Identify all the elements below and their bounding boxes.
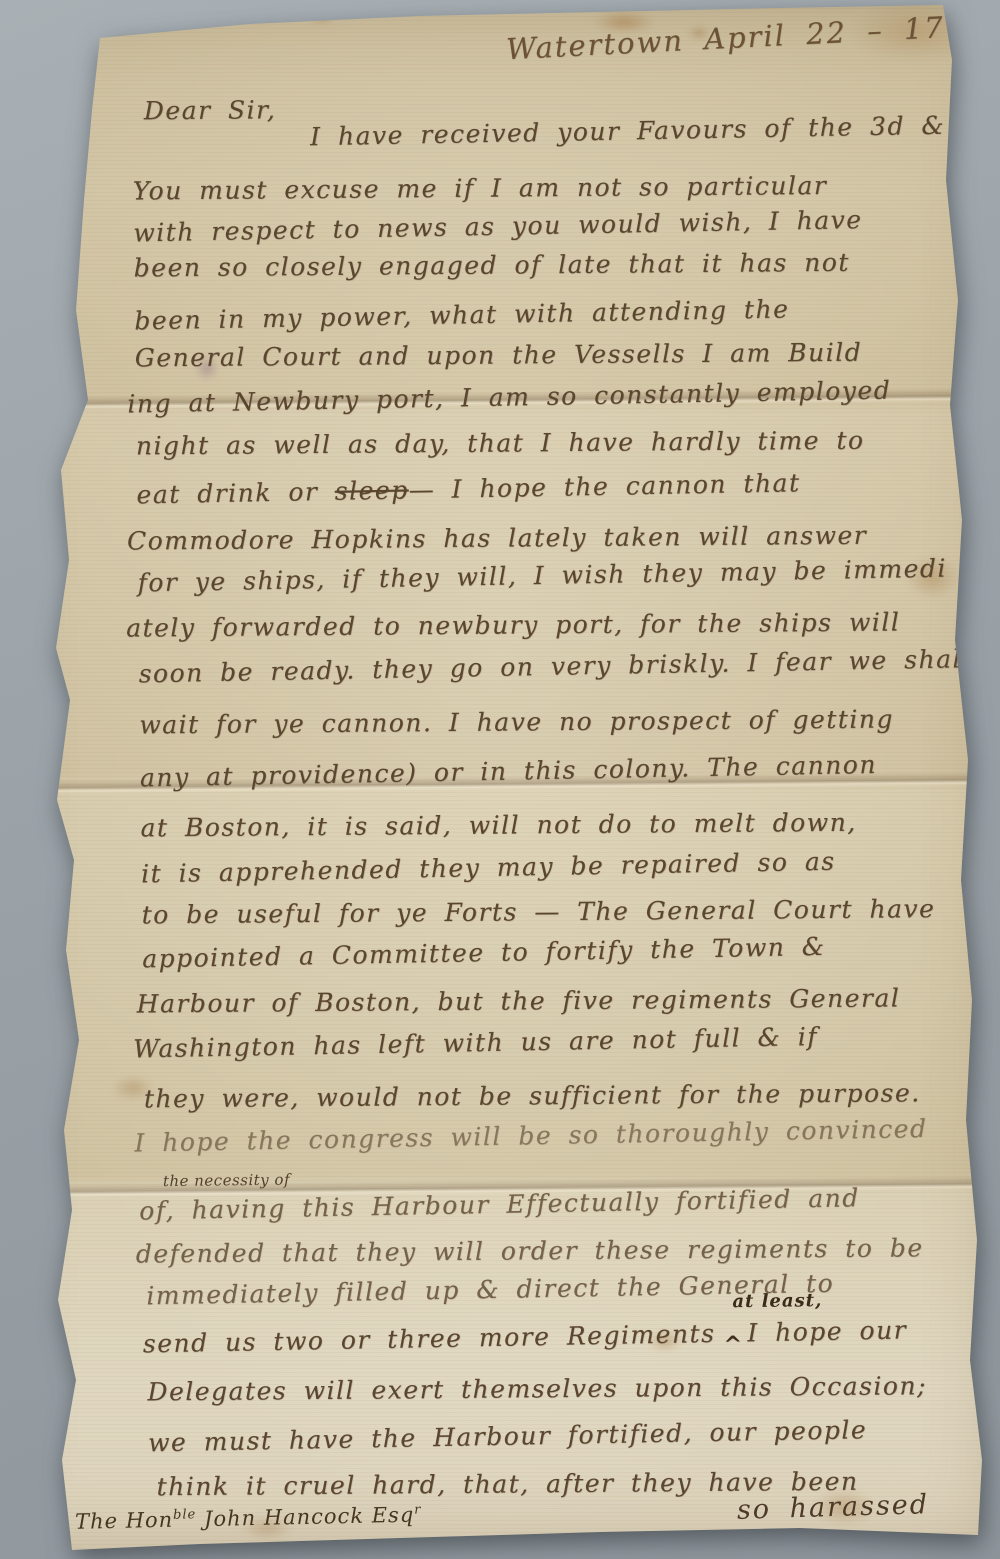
struck-line-pre: eat drink or <box>136 477 335 510</box>
handwriting-layer: Watertown April 22 – 1776 Dear Sir, I ha… <box>0 0 1000 1559</box>
letter-line-with-caret: send us two or three more Regiments^I ho… <box>143 1317 908 1366</box>
letter-line: ing at Newbury port, I am so constantly … <box>127 378 891 417</box>
letter-opening-line: I have received your Favours of the 3d &… <box>310 109 1000 149</box>
letter-salutation: Dear Sir, <box>144 97 277 123</box>
struck-word: sleep <box>334 475 408 505</box>
catchword-so-harassed: so harassed <box>737 1489 930 1526</box>
letter-line: Commodore Hopkins has lately taken will … <box>127 523 867 554</box>
letter-line: appointed a Committee to fortify the Tow… <box>142 934 826 972</box>
addressee-john-hancock: The Honble John Hancock Esqr <box>75 1503 422 1534</box>
addressee-prefix: The Hon <box>75 1508 174 1534</box>
letter-line: been in my power, what with attending th… <box>134 296 789 333</box>
letter-line-with-strikethrough: eat drink or sleep— I hope the cannon th… <box>136 470 800 507</box>
letter-line: of, having this Harbour Effectually fort… <box>139 1185 860 1223</box>
letter-line: wait for ye cannon. I have no prospect o… <box>139 706 894 737</box>
letter-line: we must have the Harbour fortified, our … <box>148 1417 868 1455</box>
letter-dateline: Watertown April 22 – 1776 <box>505 10 946 66</box>
letter-line: at Boston, it is said, will not do to me… <box>140 810 856 841</box>
letter-line: Washington has left with us are not full… <box>133 1024 818 1062</box>
letter-line: been so closely engaged of late that it … <box>134 250 850 281</box>
interlinear-insertion-at-least: at least, <box>732 1290 822 1312</box>
letter-line: it is apprehended they may be repaired s… <box>141 849 836 887</box>
letter-line: I hope the congress will be so thoroughl… <box>134 1116 927 1156</box>
photo-background: Watertown April 22 – 1776 Dear Sir, I ha… <box>0 0 1000 1559</box>
letter-line: Harbour of Boston, but the five regiment… <box>137 985 901 1016</box>
caret-mark: ^ <box>723 1333 743 1355</box>
letter-line: immediately filled up & direct the Gener… <box>146 1271 834 1309</box>
regiments-line-pre: send us two or three more Regiments <box>143 1319 716 1358</box>
letter-line: any at providence) or in this colony. Th… <box>140 752 877 791</box>
letter-line: to be useful for ye Forts — The General … <box>142 896 936 927</box>
interlinear-insertion-necessity: the necessity of <box>163 1171 290 1191</box>
struck-line-post: — I hope the cannon that <box>408 468 800 504</box>
letter-line: night as well as day, that I have hardly… <box>136 428 865 459</box>
addressee-superscript: ble <box>173 1507 197 1522</box>
letter-paper: Watertown April 22 – 1776 Dear Sir, I ha… <box>0 0 1000 1559</box>
letter-paper-shadow: Watertown April 22 – 1776 Dear Sir, I ha… <box>0 0 1000 1559</box>
letter-line: soon be ready. they go on very briskly. … <box>138 646 971 686</box>
letter-line: You must excuse me if I am not so partic… <box>133 173 828 203</box>
addressee-superscript-2: r <box>414 1503 422 1518</box>
regiments-line-post: I hope our <box>747 1315 907 1347</box>
letter-line: General Court and upon the Vessells I am… <box>135 340 863 371</box>
letter-line: with respect to news as you would wish, … <box>133 207 863 245</box>
letter-line: ately forwarded to newbury port, for the… <box>126 609 900 640</box>
letter-line: defended that they will order these regi… <box>136 1235 924 1266</box>
letter-line: for ye ships, if they will, I wish they … <box>137 556 947 596</box>
letter-line: Delegates will exert themselves upon thi… <box>147 1373 927 1404</box>
letter-line: they were, would not be sufficient for t… <box>144 1080 921 1111</box>
addressee-name: John Hancock Esq <box>196 1503 414 1532</box>
